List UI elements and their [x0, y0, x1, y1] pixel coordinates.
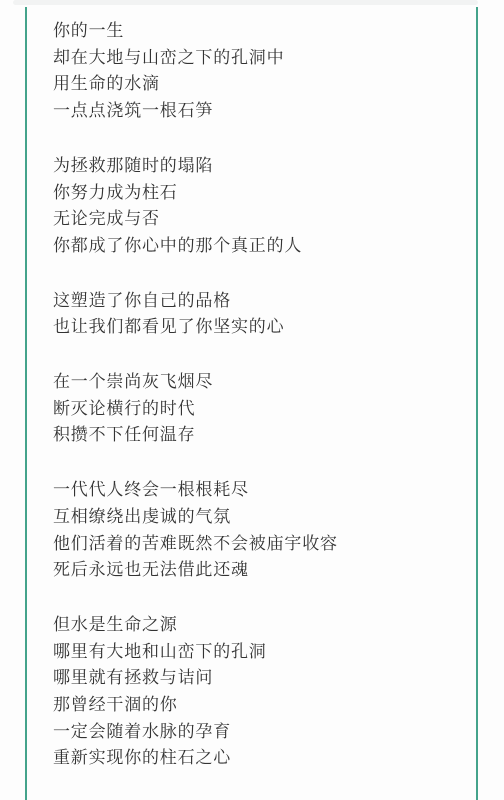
poem-line: 一点点浇筑一根石笋: [53, 98, 453, 125]
poem-line: 一代代人终会一根根耗尽: [53, 477, 453, 504]
poem-text: 你的一生 却在大地与山峦之下的孔洞中 用生命的水滴 一点点浇筑一根石笋 为拯救那…: [53, 18, 453, 800]
poem-stanza: 这塑造了你自己的品格 也让我们都看见了你坚实的心: [53, 288, 453, 341]
poem-stanza: 在一个崇尚灰飞烟尽 断灭论横行的时代 积攒不下任何温存: [53, 369, 453, 449]
poem-line: 无论完成与否: [53, 206, 453, 233]
poem-page: 你的一生 却在大地与山峦之下的孔洞中 用生命的水滴 一点点浇筑一根石笋 为拯救那…: [0, 0, 504, 800]
poem-line: 你的一生: [53, 18, 453, 45]
poem-line: 也让我们都看见了你坚实的心: [53, 314, 453, 341]
poem-line: 断灭论横行的时代: [53, 396, 453, 423]
poem-line: 死后永远也无法借此还魂: [53, 557, 453, 584]
poem-line: 但水是生命之源: [53, 612, 453, 639]
poem-line: 那曾经干涸的你: [53, 692, 453, 719]
left-border-line: [25, 7, 27, 800]
poem-stanza: 但水是生命之源 哪里有大地和山峦下的孔洞 哪里就有拯救与诘问 那曾经干涸的你 一…: [53, 612, 453, 772]
poem-line: 用生命的水滴: [53, 71, 453, 98]
poem-line: 互相缭绕出虔诚的气氛: [53, 504, 453, 531]
poem-line: 他们活着的苦难既然不会被庙宇收容: [53, 531, 453, 558]
poem-stanza: 你的一生 却在大地与山峦之下的孔洞中 用生命的水滴 一点点浇筑一根石笋: [53, 18, 453, 125]
poem-line: 你都成了你心中的那个真正的人: [53, 233, 453, 260]
poem-line: 重新实现你的柱石之心: [53, 745, 453, 772]
poem-line: 哪里就有拯救与诘问: [53, 665, 453, 692]
poem-line: 这塑造了你自己的品格: [53, 288, 453, 315]
poem-line: 积攒不下任何温存: [53, 422, 453, 449]
poem-line: 你努力成为柱石: [53, 180, 453, 207]
top-divider: [13, 0, 478, 5]
poem-line: 却在大地与山峦之下的孔洞中: [53, 45, 453, 72]
poem-line: 一定会随着水脉的孕育: [53, 719, 453, 746]
poem-line: 为拯救那随时的塌陷: [53, 153, 453, 180]
poem-stanza: 一代代人终会一根根耗尽 互相缭绕出虔诚的气氛 他们活着的苦难既然不会被庙宇收容 …: [53, 477, 453, 584]
right-border-line: [476, 7, 478, 800]
poem-line: 在一个崇尚灰飞烟尽: [53, 369, 453, 396]
poem-line: 哪里有大地和山峦下的孔洞: [53, 639, 453, 666]
poem-stanza: 为拯救那随时的塌陷 你努力成为柱石 无论完成与否 你都成了你心中的那个真正的人: [53, 153, 453, 260]
